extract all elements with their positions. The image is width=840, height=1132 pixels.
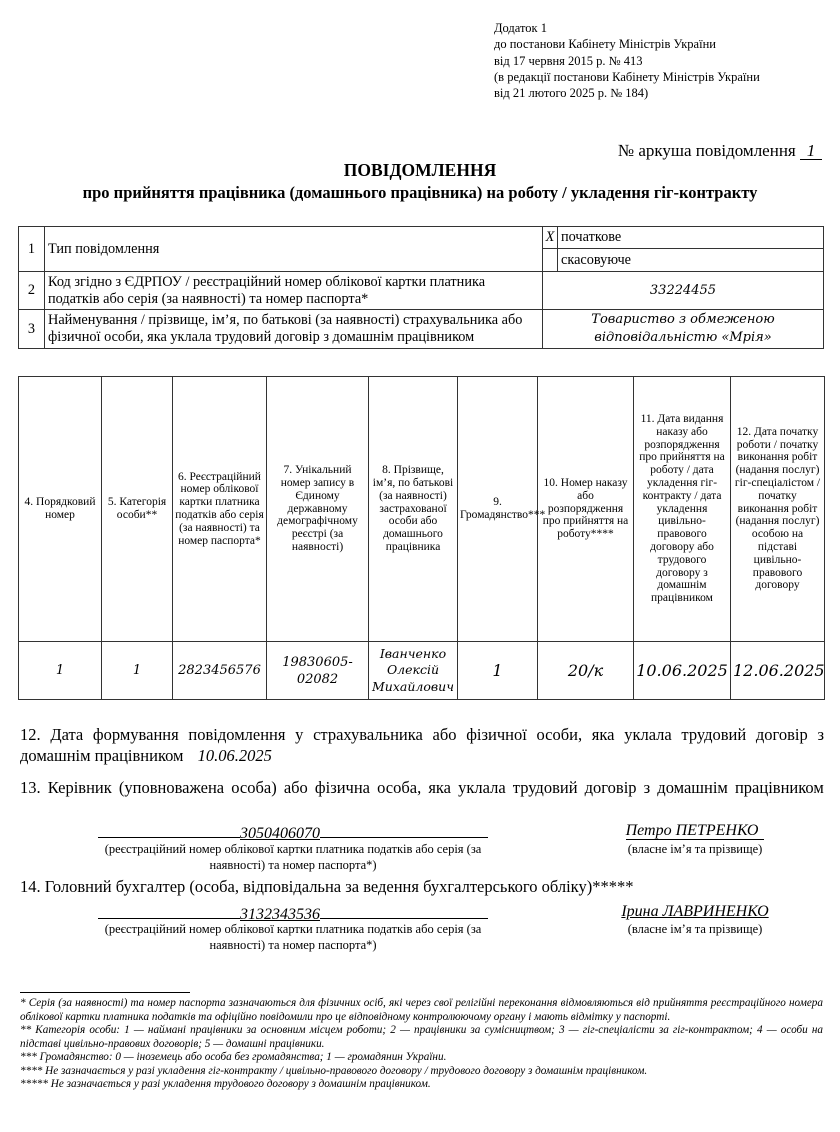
appendix-line: від 17 червня 2015 р. № 413 xyxy=(494,53,760,69)
column-header: 5. Категорія особи** xyxy=(102,377,173,642)
footnote: *** Громадянство: 0 — іноземець або особ… xyxy=(20,1051,823,1065)
employer-name-label: Найменування / прізвище, ім’я, по батько… xyxy=(45,310,543,349)
accountant-name[interactable]: Ірина ЛАВРИНЕНКО xyxy=(621,903,768,920)
column-header: 9. Громадянство*** xyxy=(458,377,538,642)
sheet-number-value[interactable]: 1 xyxy=(800,143,822,160)
director-tax-id-caption: (реєстраційний номер облікової картки пл… xyxy=(92,842,494,873)
director-name[interactable]: Петро ПЕТРЕНКО xyxy=(626,822,765,840)
appendix-line: Додаток 1 xyxy=(494,20,760,36)
notification-date[interactable]: 10.06.2025 xyxy=(198,746,272,765)
sheet-number: № аркуша повідомлення 1 xyxy=(618,141,822,161)
director-name-line: Петро ПЕТРЕНКО xyxy=(600,822,790,840)
table-row: 1 1 2823456576 19830605-02082 Іванченко … xyxy=(19,642,825,700)
footnote: ** Категорія особи: 1 — наймані працівни… xyxy=(20,1024,823,1051)
accountant-name-caption: (власне ім’я та прізвище) xyxy=(600,922,790,938)
accountant-tax-id-line: 3132343536 xyxy=(92,903,494,924)
footnote-divider xyxy=(20,992,190,993)
appendix-line: до постанови Кабінету Міністрів України xyxy=(494,36,760,52)
row-number: 1 xyxy=(19,227,45,272)
info-table: 1 Тип повідомлення X початкове скасовуюч… xyxy=(18,226,824,349)
employer-name-value[interactable]: Товариство з обмеженою відповідальністю … xyxy=(543,310,824,349)
row-number: 3 xyxy=(19,310,45,349)
director-name-caption: (власне ім’я та прізвище) xyxy=(600,842,790,858)
section-12: 12. Дата формування повідомлення у страх… xyxy=(20,724,824,766)
accountant-name-line: Ірина ЛАВРИНЕНКО xyxy=(595,903,795,921)
cell-start-date[interactable]: 12.06.2025 xyxy=(731,642,825,700)
section-12-text: 12. Дата формування повідомлення у страх… xyxy=(20,725,824,765)
column-header: 6. Реєстраційний номер облікової картки … xyxy=(173,377,267,642)
edrpou-code-value[interactable]: 33224455 xyxy=(543,272,824,310)
sheet-number-label: № аркуша повідомлення xyxy=(618,141,796,160)
cell-category[interactable]: 1 xyxy=(102,642,173,700)
footnote: ***** Не зазначається у разі укладення т… xyxy=(20,1078,823,1092)
footnote: **** Не зазначається у разі укладення гі… xyxy=(20,1065,823,1079)
underline xyxy=(320,822,488,838)
underline xyxy=(98,822,240,838)
document-title: ПОВІДОМЛЕННЯ xyxy=(0,160,840,181)
director-tax-id-line: 3050406070 xyxy=(92,822,494,843)
row-number: 2 xyxy=(19,272,45,310)
footnote: * Серія (за наявності) та номер паспорта… xyxy=(20,997,823,1024)
column-header: 4. Порядковий номер xyxy=(19,377,102,642)
cell-tax-id[interactable]: 2823456576 xyxy=(173,642,267,700)
underline xyxy=(98,903,240,919)
column-header: 7. Унікальний номер запису в Єдиному дер… xyxy=(267,377,369,642)
employee-table: 4. Порядковий номер 5. Категорія особи**… xyxy=(18,376,825,700)
cell-citizenship[interactable]: 1 xyxy=(458,642,538,700)
cell-full-name[interactable]: Іванченко Олексій Михайлович xyxy=(369,642,458,700)
edrpou-code-label: Код згідно з ЄДРПОУ / реєстраційний номе… xyxy=(45,272,543,310)
section-14-text: 14. Головний бухгалтер (особа, відповіда… xyxy=(20,876,824,897)
appendix-line: (в редакції постанови Кабінету Міністрів… xyxy=(494,69,760,85)
column-header: 8. Прізвище, ім’я, по батькові (за наявн… xyxy=(369,377,458,642)
accountant-tax-id[interactable]: 3132343536 xyxy=(240,906,320,923)
option-cancel-label: скасовуюче xyxy=(558,249,824,272)
cell-seq[interactable]: 1 xyxy=(19,642,102,700)
underline xyxy=(320,903,488,919)
cell-order-number[interactable]: 20/к xyxy=(538,642,634,700)
accountant-tax-id-caption: (реєстраційний номер облікової картки пл… xyxy=(92,922,494,953)
option-initial-checkbox[interactable]: X xyxy=(543,227,558,249)
column-header: 12. Дата початку роботи / початку викона… xyxy=(731,377,825,642)
column-header: 11. Дата видання наказу або розпорядженн… xyxy=(634,377,731,642)
appendix-note: Додаток 1 до постанови Кабінету Міністрі… xyxy=(494,20,760,101)
director-tax-id[interactable]: 3050406070 xyxy=(240,825,320,842)
notification-type-label: Тип повідомлення xyxy=(45,227,543,272)
option-cancel-checkbox[interactable] xyxy=(543,249,558,272)
section-13-text: 13. Керівник (уповноважена особа) або фі… xyxy=(20,777,824,798)
option-initial-label: початкове xyxy=(558,227,824,249)
table-header-row: 4. Порядковий номер 5. Категорія особи**… xyxy=(19,377,825,642)
cell-order-date[interactable]: 10.06.2025 xyxy=(634,642,731,700)
footnotes: * Серія (за наявності) та номер паспорта… xyxy=(20,997,823,1092)
cell-unzr[interactable]: 19830605-02082 xyxy=(267,642,369,700)
column-header: 10. Номер наказу або розпорядження про п… xyxy=(538,377,634,642)
document-subtitle: про прийняття працівника (домашнього пра… xyxy=(0,183,840,203)
appendix-line: від 21 лютого 2025 р. № 184) xyxy=(494,85,760,101)
